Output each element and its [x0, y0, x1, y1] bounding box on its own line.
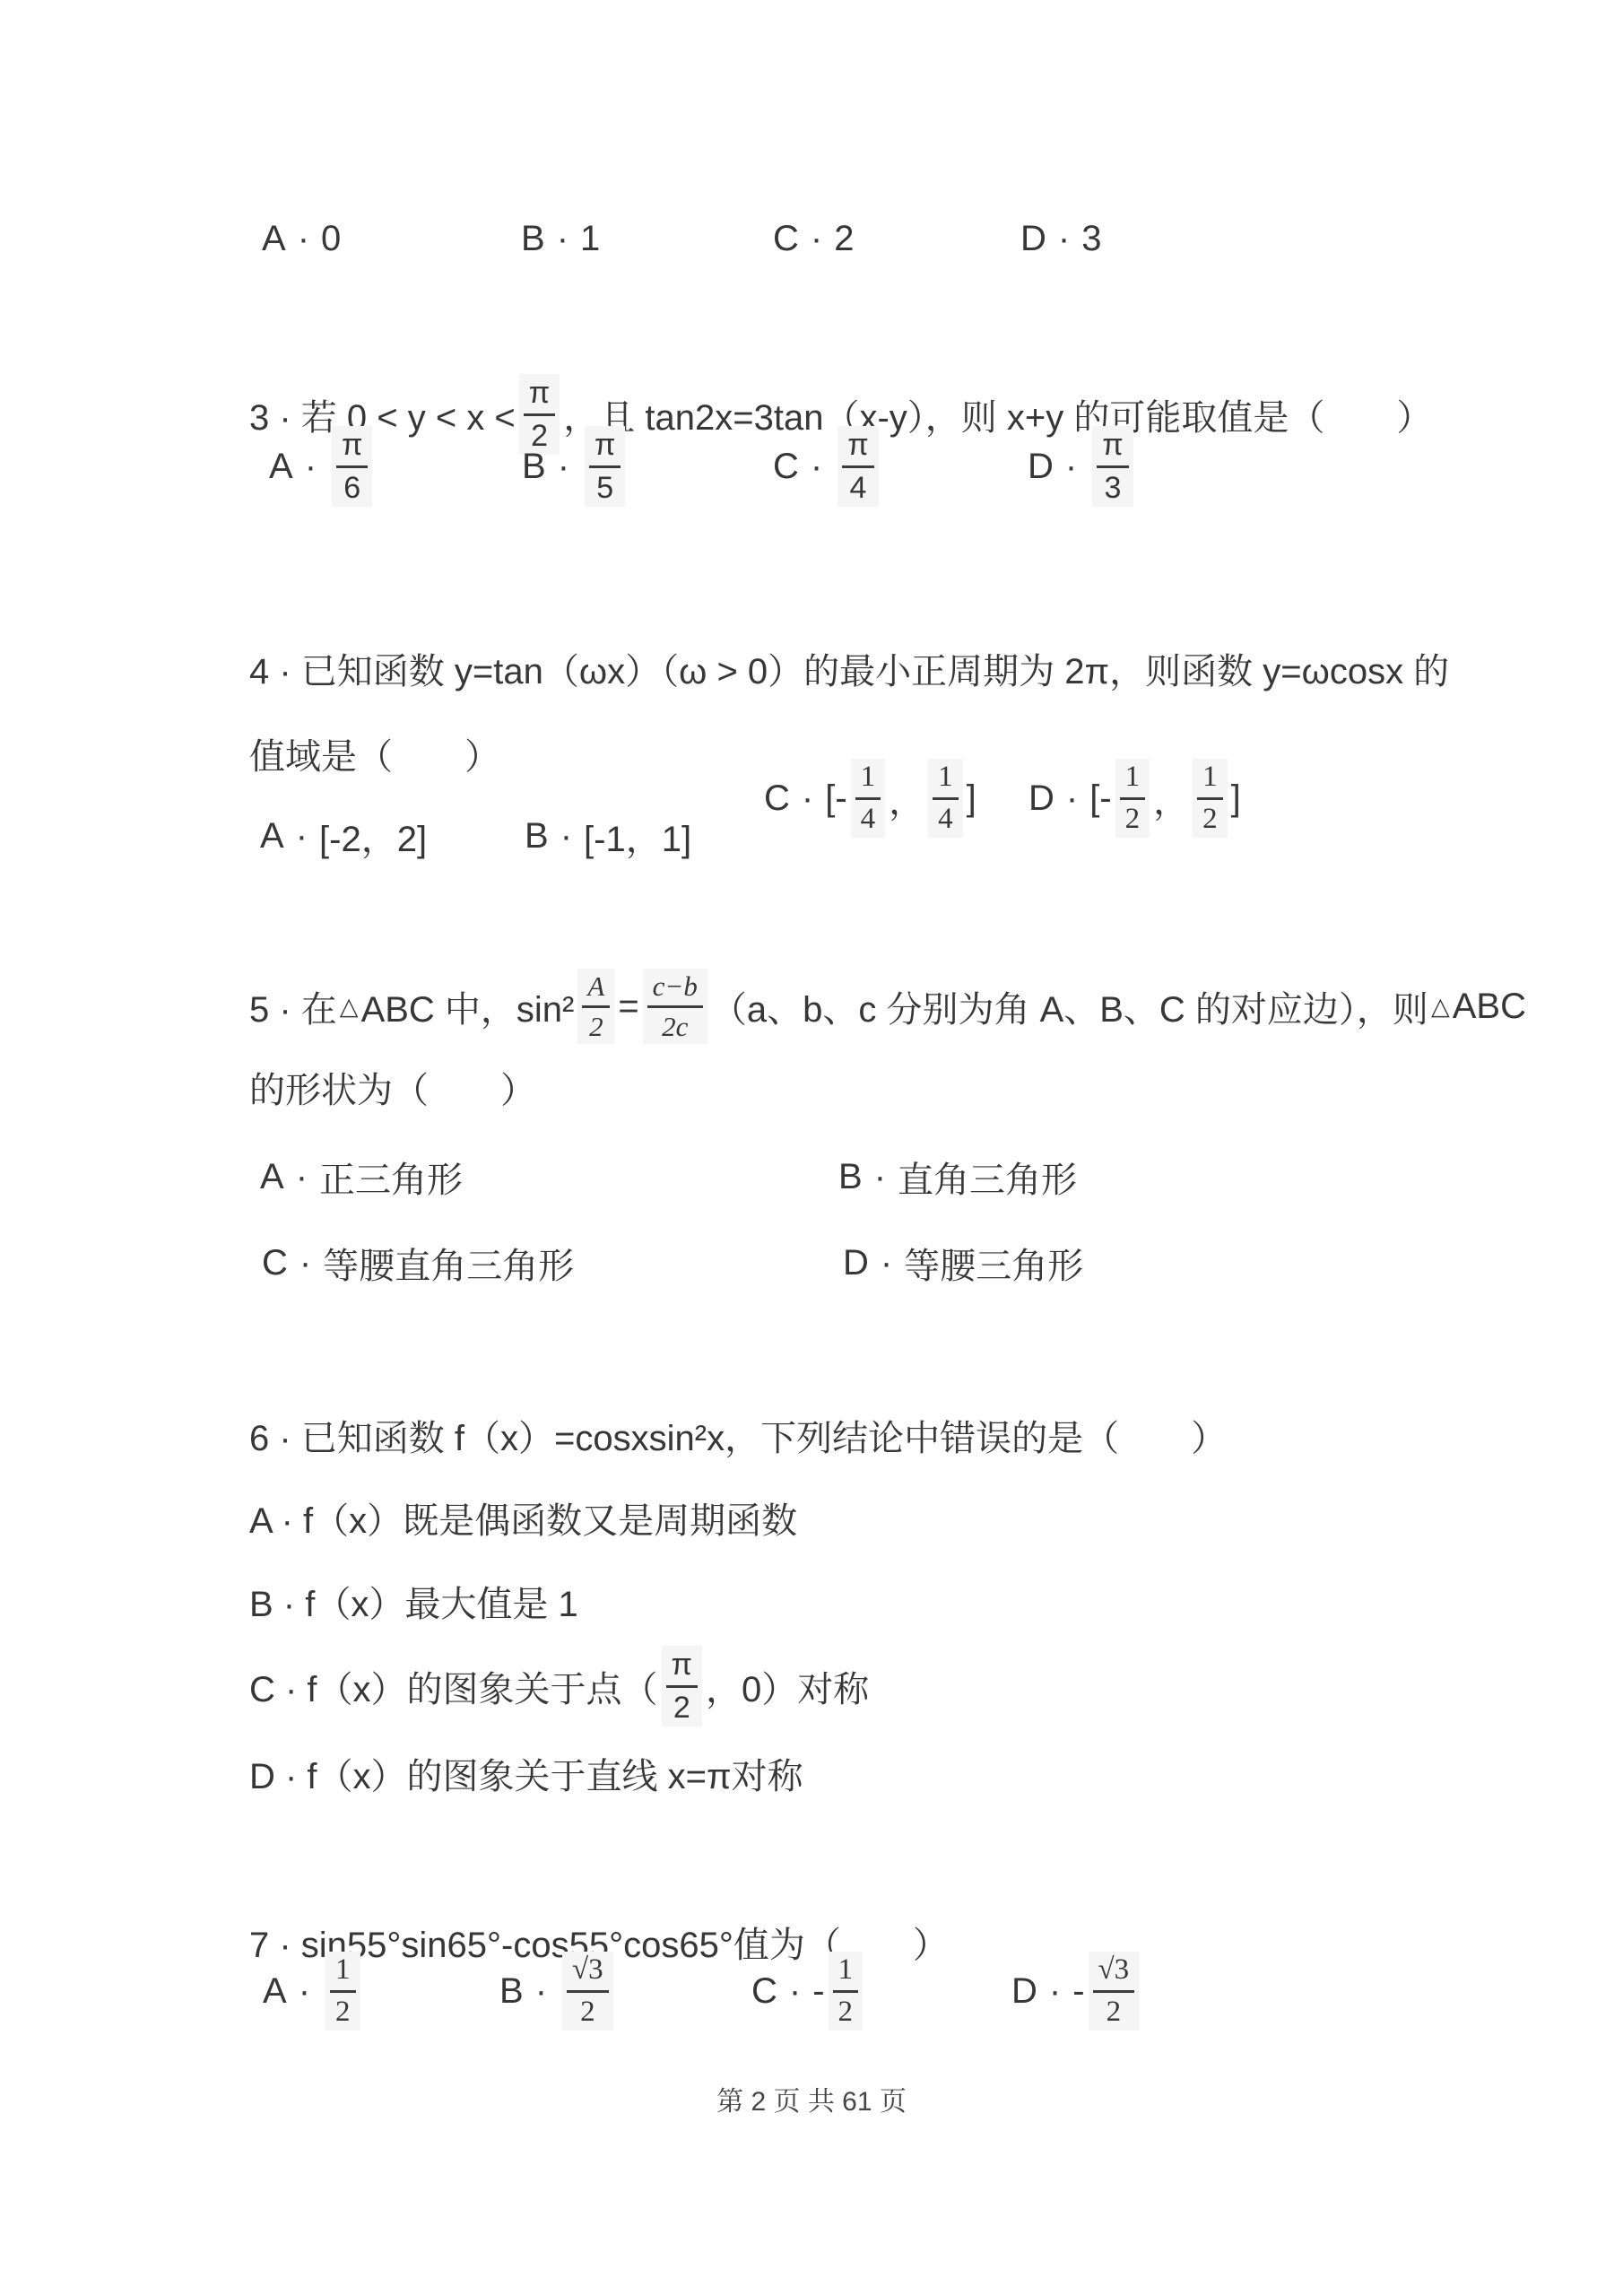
triangle-symbol: △ — [1431, 993, 1450, 1021]
question-4-stem-line1: 4 · 已知函数 y=tan（ωx）（ω > 0）的最小正周期为 2π，则函数 … — [249, 650, 1449, 686]
option-label: D — [1011, 1971, 1037, 2012]
fraction: √32 — [562, 1952, 613, 2031]
fraction-denominator: 2 — [673, 1688, 690, 1723]
question-3-text-post: ，且 tan2x=3tan（x-y），则 x+y 的可能取值是（ ） — [563, 389, 1432, 440]
question-5-text: ABC — [1453, 987, 1526, 1027]
fraction-denominator: 4 — [861, 800, 876, 834]
question-5-text: 5 · 在 — [249, 981, 337, 1032]
option-label: A — [269, 447, 293, 487]
option-dot: · — [1055, 778, 1089, 819]
option-value: 1 — [580, 219, 600, 259]
option-label: B — [522, 447, 546, 487]
fraction-numerator: 1 — [833, 1955, 859, 1993]
option-label: C — [773, 219, 799, 259]
option-label: A — [262, 219, 286, 259]
prev-option-d: D·3 — [1020, 221, 1101, 257]
option-comma: ， — [889, 773, 924, 824]
question-6-option-d: D · f（x）的图象关于直线 x=π对称 — [249, 1755, 803, 1791]
option-label: A — [260, 1157, 284, 1197]
option-label: D — [1020, 219, 1046, 259]
question-5-stem-line1: 5 · 在 △ ABC 中，sin² A2 = c−b2c （a、b、c 分别为… — [249, 951, 1526, 1062]
fraction-numerator: c−b — [647, 972, 703, 1008]
question-5-option-a: A·正三角形 — [260, 1159, 463, 1195]
fraction-numerator: 1 — [1197, 762, 1223, 800]
fraction: π2 — [662, 1646, 702, 1726]
fraction-numerator: π — [842, 430, 873, 468]
question-3-option-d: D·π3 — [1028, 448, 1137, 484]
option-comma: ， — [1153, 773, 1189, 824]
option-dot: · — [546, 447, 581, 487]
fraction: π5 — [585, 426, 625, 507]
question-7-option-a: A·12 — [263, 1973, 364, 2009]
option-dot: · — [293, 447, 328, 487]
option-bracket-close: ] — [1231, 778, 1241, 819]
option-label: C — [262, 1243, 288, 1283]
fraction: √32 — [1089, 1952, 1140, 2031]
prev-option-c: C·2 — [773, 221, 854, 257]
option-value: 正三角形 — [319, 1152, 463, 1203]
fraction-numerator: 1 — [330, 1955, 356, 1993]
option-value: [-1，1] — [584, 811, 691, 862]
option-dot: · — [1054, 447, 1089, 487]
fraction-denominator: 2 — [838, 1993, 854, 2027]
question-6-stem: 6 · 已知函数 f（x）=cosxsin²x，下列结论中错误的是（ ） — [249, 1417, 1227, 1453]
option-value: 等腰直角三角形 — [323, 1238, 574, 1289]
option-bracket-open: [- — [825, 778, 846, 819]
question-5-option-d: D·等腰三角形 — [843, 1245, 1083, 1281]
fraction-denominator: 2c — [662, 1008, 688, 1040]
fraction-numerator: π — [336, 430, 368, 468]
option-label: B — [521, 219, 545, 259]
fraction: 14 — [851, 759, 886, 838]
option-value: 2 — [834, 219, 854, 259]
option-label: C — [764, 778, 790, 819]
question-7-option-d: D·-√32 — [1011, 1973, 1142, 2009]
minus-sign: - — [812, 1971, 824, 2012]
option-label: D — [1028, 447, 1054, 487]
fraction: 12 — [1115, 759, 1150, 838]
question-7-option-c: C·-12 — [751, 1973, 866, 2009]
fraction: 12 — [1193, 759, 1228, 838]
question-3-option-c: C·π4 — [773, 448, 882, 484]
option-label: B — [525, 816, 549, 857]
prev-option-b: B·1 — [521, 221, 600, 257]
question-3-option-a: A·π6 — [269, 448, 376, 484]
fraction-numerator: π — [1097, 430, 1128, 468]
option-value: 等腰三角形 — [904, 1238, 1083, 1289]
option-dot: · — [287, 1971, 322, 2012]
fraction-denominator: 6 — [343, 468, 360, 503]
option-dot: · — [288, 1243, 323, 1283]
question-3-text-pre: 3 · 若 0 < y < x < — [249, 389, 516, 440]
fraction-denominator: 2 — [580, 1993, 595, 2027]
option-dot: · — [286, 219, 321, 259]
option-dot: · — [545, 219, 580, 259]
option-dot: · — [863, 1157, 898, 1197]
question-5-option-c: C·等腰直角三角形 — [262, 1245, 574, 1281]
question-4-option-a: A·[-2，2] — [260, 818, 427, 854]
question-6-option-c: C · f（x）的图象关于点（ π2 ，0）对称 — [249, 1631, 869, 1742]
option-dot: · — [1046, 219, 1081, 259]
fraction-denominator: 3 — [1104, 468, 1121, 503]
fraction-numerator: π — [666, 1649, 698, 1688]
question-6-option-a: A · f（x）既是偶函数又是周期函数 — [249, 1500, 797, 1535]
option-dot: · — [284, 816, 319, 857]
question-5-stem-line2: 的形状为（ ） — [249, 1069, 536, 1105]
triangle-symbol: △ — [340, 993, 359, 1021]
fraction: π3 — [1092, 426, 1133, 507]
question-3-option-b: B·π5 — [522, 448, 629, 484]
fraction-denominator: 4 — [938, 800, 953, 834]
prev-option-a: A·0 — [262, 221, 341, 257]
fraction-denominator: 2 — [1125, 800, 1141, 834]
option-dot: · — [799, 219, 834, 259]
option-bracket-open: [- — [1089, 778, 1111, 819]
question-5-text: ABC 中，sin² — [361, 981, 575, 1032]
option-dot: · — [869, 1243, 904, 1283]
option-dot: · — [1037, 1971, 1072, 2012]
option-value: 直角三角形 — [898, 1152, 1077, 1203]
fraction-denominator: 2 — [1202, 800, 1218, 834]
equals-sign: = — [618, 987, 638, 1027]
question-4-option-d: D·[-12，12] — [1028, 780, 1241, 816]
option-dot: · — [549, 816, 584, 857]
fraction: π4 — [838, 426, 878, 507]
option-label: B — [838, 1157, 863, 1197]
fraction-numerator: √3 — [1093, 1955, 1135, 1993]
fraction-numerator: A — [582, 972, 610, 1008]
option-label: A — [260, 816, 284, 857]
question-5-text: （a、b、c 分别为角 A、B、C 的对应边），则 — [711, 981, 1428, 1032]
option-text-pre: C · f（x）的图象关于点（ — [249, 1661, 658, 1712]
question-5-option-b: B·直角三角形 — [838, 1159, 1077, 1195]
fraction: π2 — [519, 374, 560, 455]
question-6-option-b: B · f（x）最大值是 1 — [249, 1583, 578, 1619]
option-value: 3 — [1081, 219, 1101, 259]
minus-sign: - — [1072, 1971, 1084, 2012]
fraction-numerator: π — [589, 430, 621, 468]
option-label: D — [843, 1243, 869, 1283]
option-dot: · — [790, 778, 825, 819]
option-label: A — [263, 1971, 287, 2012]
fraction: A2 — [577, 969, 614, 1044]
option-value: [-2，2] — [319, 811, 427, 862]
fraction: c−b2c — [643, 969, 707, 1044]
fraction-numerator: √3 — [567, 1955, 609, 1993]
option-bracket-close: ] — [967, 778, 976, 819]
fraction: 12 — [325, 1952, 360, 2031]
option-label: D — [1028, 778, 1055, 819]
option-dot: · — [799, 447, 834, 487]
fraction-numerator: 1 — [855, 762, 881, 800]
option-value: 0 — [321, 219, 341, 259]
page-footer: 第 2 页 共 61 页 — [0, 2079, 1623, 2118]
fraction: π6 — [332, 426, 372, 507]
fraction-denominator: 5 — [596, 468, 613, 503]
fraction: 14 — [928, 759, 963, 838]
fraction-denominator: 2 — [335, 1993, 351, 2027]
fraction-denominator: 2 — [1107, 1993, 1122, 2027]
fraction-numerator: 1 — [933, 762, 959, 800]
question-7-option-b: B·√32 — [499, 1973, 617, 2009]
fraction-denominator: 2 — [589, 1008, 603, 1040]
fraction-denominator: 4 — [849, 468, 866, 503]
fraction-numerator: π — [524, 378, 555, 416]
fraction: 12 — [829, 1952, 864, 2031]
option-dot: · — [284, 1157, 319, 1197]
option-label: C — [751, 1971, 777, 2012]
option-dot: · — [777, 1971, 812, 2012]
question-4-option-b: B·[-1，1] — [525, 818, 691, 854]
fraction-numerator: 1 — [1120, 762, 1146, 800]
document-page: A·0 B·1 C·2 D·3 3 · 若 0 < y < x < π2 ，且 … — [0, 0, 1623, 2296]
question-4-option-c: C·[-14，14] — [764, 780, 976, 816]
option-label: C — [773, 447, 799, 487]
option-label: B — [499, 1971, 524, 2012]
question-4-stem-line2: 值域是（ ） — [249, 735, 500, 771]
option-dot: · — [524, 1971, 559, 2012]
option-text-post: ，0）对称 — [706, 1661, 869, 1712]
